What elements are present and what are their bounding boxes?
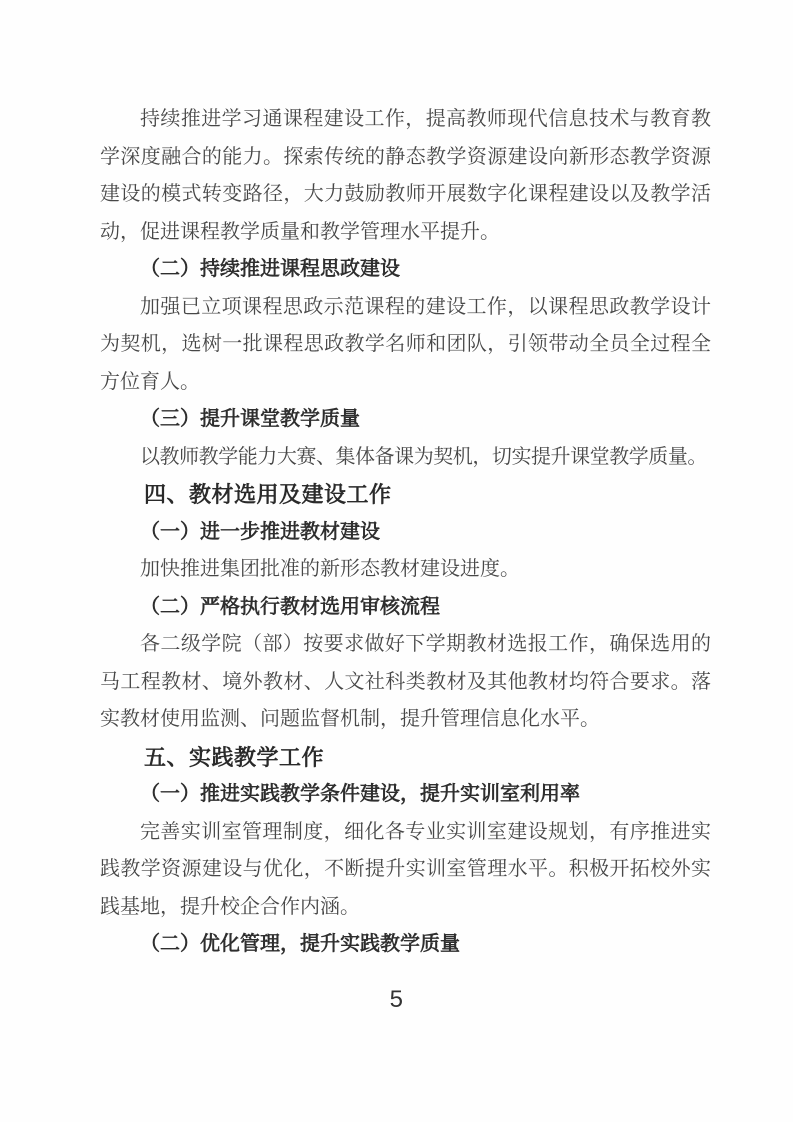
- subsection-heading: （一）推进实践教学条件建设，提升实训室利用率: [100, 776, 711, 814]
- body-paragraph: 加快推进集团批准的新形态教材建设进度。: [100, 551, 711, 589]
- subsection-heading: （二）持续推进课程思政建设: [100, 251, 711, 289]
- subsection-heading: （二）严格执行教材选用审核流程: [100, 589, 711, 627]
- chapter-heading: 四、教材选用及建设工作: [100, 476, 711, 514]
- body-paragraph: 加强已立项课程思政示范课程的建设工作，以课程思政教学设计为契机，选树一批课程思政…: [100, 289, 711, 402]
- document-page: 持续推进学习通课程建设工作，提高教师现代信息技术与教育教学深度融合的能力。探索传…: [0, 0, 793, 1122]
- page-footer: 5: [0, 986, 793, 1014]
- body-paragraph: 完善实训室管理制度，细化各专业实训室建设规划，有序推进实践教学资源建设与优化，不…: [100, 814, 711, 927]
- body-paragraph: 以教师教学能力大赛、集体备课为契机，切实提升课堂教学质量。: [100, 439, 711, 477]
- subsection-heading: （二）优化管理，提升实践教学质量: [100, 926, 711, 964]
- subsection-heading: （三）提升课堂教学质量: [100, 401, 711, 439]
- chapter-heading: 五、实践教学工作: [100, 739, 711, 777]
- body-paragraph: 持续推进学习通课程建设工作，提高教师现代信息技术与教育教学深度融合的能力。探索传…: [100, 101, 711, 251]
- document-body: 持续推进学习通课程建设工作，提高教师现代信息技术与教育教学深度融合的能力。探索传…: [100, 101, 711, 964]
- body-paragraph: 各二级学院（部）按要求做好下学期教材选报工作，确保选用的马工程教材、境外教材、人…: [100, 626, 711, 739]
- page-number: 5: [390, 986, 404, 1013]
- subsection-heading: （一）进一步推进教材建设: [100, 514, 711, 552]
